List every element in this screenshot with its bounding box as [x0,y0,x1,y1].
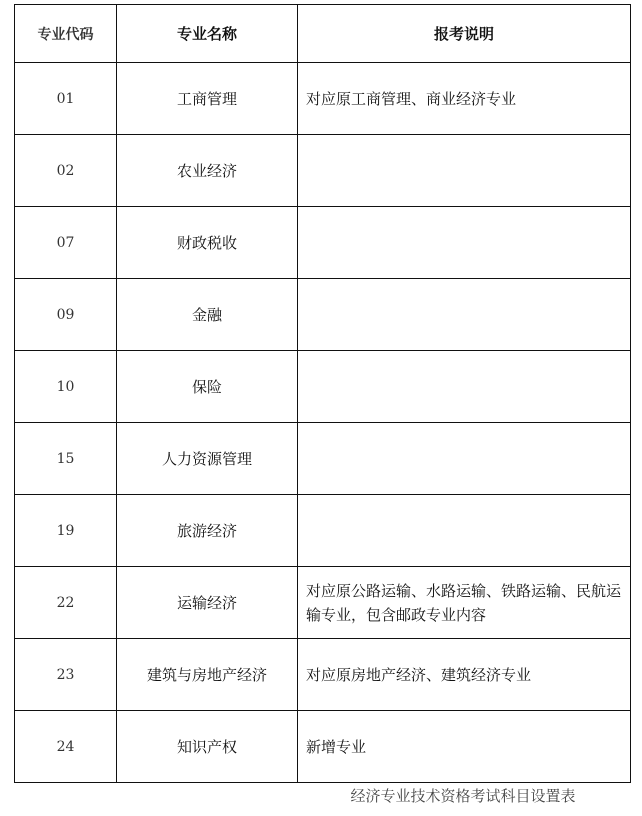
cell-note: 对应原工商管理、商业经济专业 [298,63,631,135]
header-name: 专业名称 [117,5,298,63]
cell-name: 工商管理 [117,63,298,135]
table-row: 10 保险 [15,351,631,423]
cell-name: 旅游经济 [117,495,298,567]
cell-code: 09 [15,279,117,351]
cell-name: 财政税收 [117,207,298,279]
cell-name: 农业经济 [117,135,298,207]
cell-name: 知识产权 [117,711,298,783]
cell-code: 15 [15,423,117,495]
cell-code: 22 [15,567,117,639]
cell-code: 01 [15,63,117,135]
cell-code: 02 [15,135,117,207]
cell-note [298,207,631,279]
table-row: 09 金融 [15,279,631,351]
cell-code: 07 [15,207,117,279]
subject-table: 专业代码 专业名称 报考说明 01 工商管理 对应原工商管理、商业经济专业 02… [14,4,631,783]
cell-note: 对应原房地产经济、建筑经济专业 [298,639,631,711]
header-row: 专业代码 专业名称 报考说明 [15,5,631,63]
cell-note: 新增专业 [298,711,631,783]
cell-code: 23 [15,639,117,711]
cell-note [298,135,631,207]
cell-note [298,423,631,495]
table-row: 01 工商管理 对应原工商管理、商业经济专业 [15,63,631,135]
cell-name: 金融 [117,279,298,351]
cell-name: 运输经济 [117,567,298,639]
cell-note [298,495,631,567]
table-row: 02 农业经济 [15,135,631,207]
cell-code: 24 [15,711,117,783]
cell-note: 对应原公路运输、水路运输、铁路运输、民航运输专业，包含邮政专业内容 [298,567,631,639]
cell-name: 建筑与房地产经济 [117,639,298,711]
cell-name: 人力资源管理 [117,423,298,495]
table-row: 07 财政税收 [15,207,631,279]
header-code: 专业代码 [15,5,117,63]
cell-note [298,279,631,351]
table-caption: 经济专业技术资格考试科目设置表 [0,785,642,806]
cell-code: 19 [15,495,117,567]
table-row: 15 人力资源管理 [15,423,631,495]
cell-note [298,351,631,423]
cell-name: 保险 [117,351,298,423]
table-row: 19 旅游经济 [15,495,631,567]
table-row: 22 运输经济 对应原公路运输、水路运输、铁路运输、民航运输专业，包含邮政专业内… [15,567,631,639]
table-row: 23 建筑与房地产经济 对应原房地产经济、建筑经济专业 [15,639,631,711]
cell-code: 10 [15,351,117,423]
table-row: 24 知识产权 新增专业 [15,711,631,783]
header-note: 报考说明 [298,5,631,63]
